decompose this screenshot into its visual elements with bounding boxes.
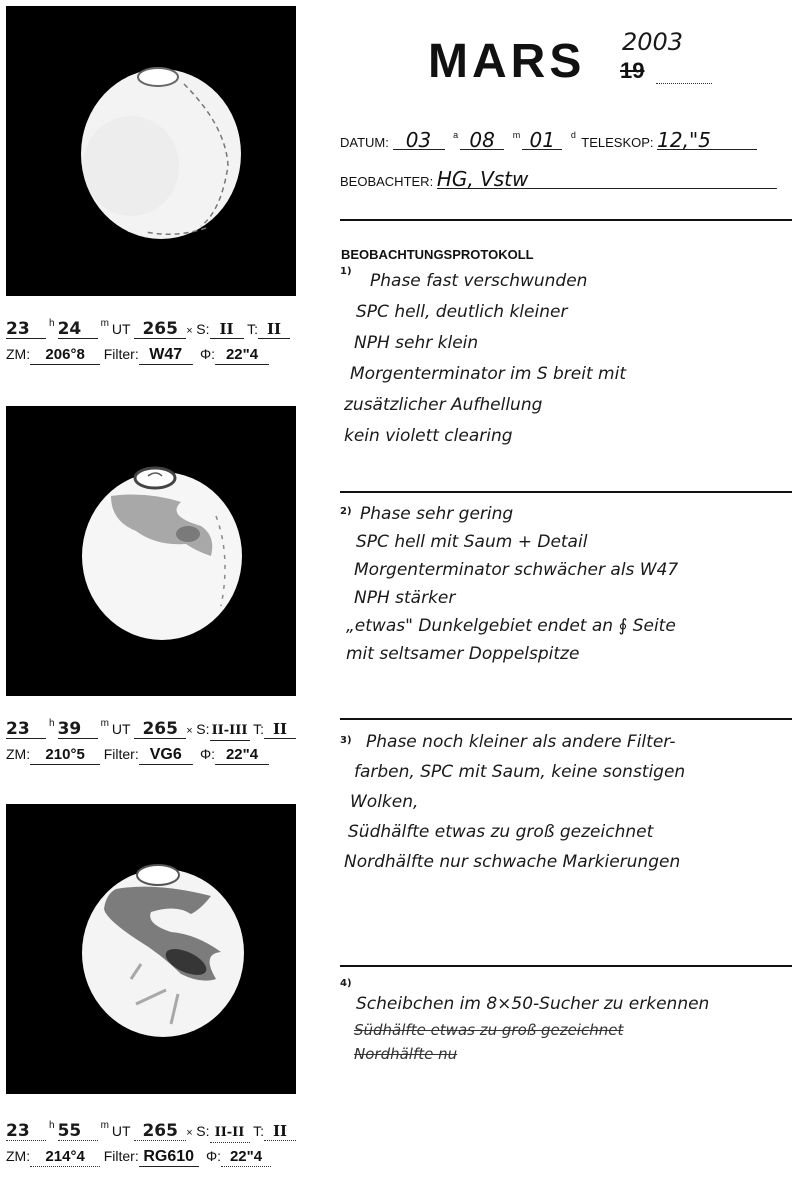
transparency-label: T: — [253, 1123, 264, 1139]
magnification-unit: × — [186, 725, 192, 737]
filter-field[interactable]: W47 — [139, 346, 193, 365]
seeing-label: S: — [196, 721, 209, 737]
year-fill-line — [656, 83, 712, 84]
datum-month-unit: m — [513, 130, 521, 140]
mars-drawing-2 — [6, 406, 296, 696]
note-line: NPH sehr klein — [340, 328, 795, 359]
zm-field[interactable]: 214°4 — [30, 1148, 100, 1167]
datum-year-field[interactable]: 03 — [393, 131, 445, 150]
diameter-label: Φ: — [200, 746, 215, 762]
mars-drawing-1 — [6, 6, 296, 296]
datum-day-field[interactable]: 01 — [522, 131, 562, 150]
zm-row: ZM:214°4 Filter:RG610 Φ:22"4 — [6, 1148, 306, 1176]
note-line: Wolken, — [340, 787, 795, 817]
observation-note-3: 3) Phase noch kleiner als andere Filter-… — [340, 727, 795, 877]
year-handwritten: 2003 — [622, 28, 683, 56]
magnification-field[interactable]: 265 — [134, 320, 186, 339]
magnification-field[interactable]: 265 — [134, 720, 186, 739]
observation-note-2: 2) Phase sehr gering SPC hell mit Saum +… — [340, 500, 795, 668]
transparency-field[interactable]: II — [264, 1122, 296, 1141]
mars-disk-icon — [6, 804, 296, 1094]
transparency-field[interactable]: II — [258, 320, 290, 339]
minute-field[interactable]: 24 — [58, 320, 98, 339]
diameter-field[interactable]: 22"4 — [221, 1148, 271, 1167]
beobachter-field[interactable]: HG, Vstw — [437, 170, 777, 189]
zm-label: ZM: — [6, 346, 30, 362]
note-line: Phase noch kleiner als andere Filter- — [340, 727, 795, 757]
minute-unit: m — [101, 318, 109, 329]
magnification-field[interactable]: 265 — [134, 1122, 186, 1141]
datum-row: DATUM: 03 a08 m01 d TELESKOP: 12,"5 — [340, 130, 757, 150]
seeing-label: S: — [196, 1123, 209, 1139]
filter-field[interactable]: RG610 — [139, 1148, 199, 1167]
time-row: 23h39mUT 265× S:II-III T:II — [6, 718, 306, 746]
note-line: Nordhälfte nur schwache Markierungen — [340, 847, 795, 877]
transparency-label: T: — [253, 721, 264, 737]
ut-label: UT — [112, 1123, 131, 1139]
note-line: Morgenterminator schwächer als W47 — [340, 556, 795, 584]
form-title: MARS — [428, 34, 585, 89]
minute-unit: m — [101, 1120, 109, 1131]
datum-year-unit: a — [453, 130, 458, 140]
minute-field[interactable]: 39 — [58, 720, 98, 739]
note-line: farben, SPC mit Saum, keine sonstigen — [340, 757, 795, 787]
filter-label: Filter: — [104, 346, 139, 362]
seeing-field[interactable]: II-III — [210, 722, 250, 741]
datum-label: DATUM: — [340, 135, 389, 150]
note-line: Phase sehr gering — [340, 500, 795, 528]
zm-label: ZM: — [6, 1148, 30, 1164]
section-divider — [340, 965, 792, 967]
protocol-heading: BEOBACHTUNGSPROTOKOLL — [341, 247, 534, 262]
observation-metadata-3: 23h55mUT 265× S:II-II T:II ZM:214°4 Filt… — [6, 1120, 306, 1176]
filter-field[interactable]: VG6 — [139, 746, 193, 765]
diameter-label: Φ: — [206, 1148, 221, 1164]
section-divider — [340, 491, 792, 493]
note-line: NPH stärker — [340, 584, 795, 612]
mars-drawing-3 — [6, 804, 296, 1094]
seeing-field[interactable]: II-II — [210, 1124, 250, 1143]
hour-field[interactable]: 23 — [6, 720, 46, 739]
observation-note-4: 4) Scheibchen im 8×50-Sucher zu erkennen… — [340, 978, 795, 1054]
seeing-label: S: — [196, 321, 209, 337]
diameter-label: Φ: — [200, 346, 215, 362]
year-prefix-struck: 19 — [620, 58, 644, 84]
teleskop-field[interactable]: 12,"5 — [657, 131, 757, 150]
transparency-label: T: — [247, 321, 258, 337]
zm-field[interactable]: 210°5 — [30, 746, 100, 765]
ut-label: UT — [112, 321, 131, 337]
mars-disk-icon — [6, 6, 296, 296]
hour-field[interactable]: 23 — [6, 1122, 46, 1141]
note-line-struck: Südhälfte etwas zu groß gezeichnet — [340, 1018, 795, 1042]
hour-unit: h — [49, 718, 55, 729]
diameter-field[interactable]: 22"4 — [215, 746, 269, 765]
hour-unit: h — [49, 318, 55, 329]
minute-field[interactable]: 55 — [58, 1122, 98, 1141]
datum-day-unit: d — [571, 130, 576, 140]
datum-month-field[interactable]: 08 — [460, 131, 504, 150]
zm-field[interactable]: 206°8 — [30, 346, 100, 365]
zm-row: ZM:210°5 Filter:VG6 Φ:22"4 — [6, 746, 306, 774]
observation-note-1: 1) Phase fast verschwunden SPC hell, deu… — [340, 266, 795, 452]
section-divider — [340, 219, 792, 221]
note-line: „etwas" Dunkelgebiet endet an ∮ Seite — [340, 612, 795, 640]
note-line: Phase fast verschwunden — [340, 266, 795, 297]
ut-label: UT — [112, 721, 131, 737]
zm-label: ZM: — [6, 746, 30, 762]
filter-label: Filter: — [104, 1148, 139, 1164]
note-line: Morgenterminator im S breit mit — [340, 359, 795, 390]
magnification-unit: × — [186, 1127, 192, 1139]
hour-unit: h — [49, 1120, 55, 1131]
observation-metadata-2: 23h39mUT 265× S:II-III T:II ZM:210°5 Fil… — [6, 718, 306, 774]
note-number: 4) — [340, 978, 352, 989]
note-line: Scheibchen im 8×50-Sucher zu erkennen — [340, 990, 795, 1018]
transparency-field[interactable]: II — [264, 720, 296, 739]
beobachter-row: BEOBACHTER: HG, Vstw — [340, 170, 777, 189]
diameter-field[interactable]: 22"4 — [215, 346, 269, 365]
note-line: mit seltsamer Doppelspitze — [340, 640, 795, 668]
observation-metadata-1: 23h24mUT 265× S:II T:II ZM:206°8 Filter:… — [6, 318, 306, 374]
filter-label: Filter: — [104, 746, 139, 762]
zm-row: ZM:206°8 Filter:W47 Φ:22"4 — [6, 346, 306, 374]
note-line: kein violett clearing — [340, 421, 795, 452]
hour-field[interactable]: 23 — [6, 320, 46, 339]
magnification-unit: × — [186, 325, 192, 337]
note-line: zusätzlicher Aufhellung — [340, 390, 795, 421]
note-line: SPC hell mit Saum + Detail — [340, 528, 795, 556]
note-line: Südhälfte etwas zu groß gezeichnet — [340, 817, 795, 847]
minute-unit: m — [101, 718, 109, 729]
time-row: 23h55mUT 265× S:II-II T:II — [6, 1120, 306, 1148]
note-line: SPC hell, deutlich kleiner — [340, 297, 795, 328]
seeing-field[interactable]: II — [210, 320, 244, 339]
beobachter-label: BEOBACHTER: — [340, 174, 433, 189]
mars-disk-icon — [6, 406, 296, 696]
time-row: 23h24mUT 265× S:II T:II — [6, 318, 306, 346]
note-line-struck: Nordhälfte nu — [340, 1042, 795, 1066]
section-divider — [340, 718, 792, 720]
teleskop-label: TELESKOP: — [581, 135, 653, 150]
